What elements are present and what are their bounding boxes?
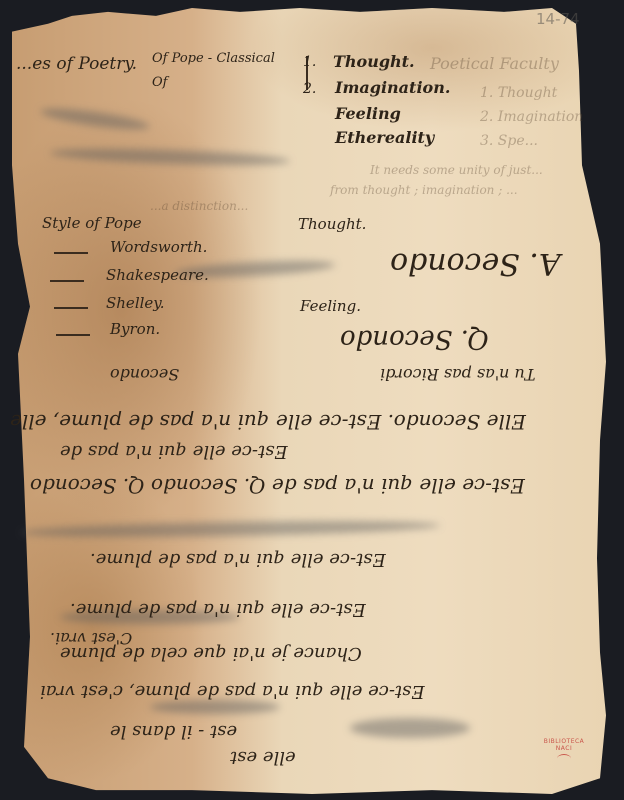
- ink-smear: [150, 700, 280, 714]
- list-num-2: 2.: [303, 82, 316, 96]
- bleed-title: Poetical Faculty: [430, 56, 559, 72]
- feeling-label: Feeling.: [300, 299, 361, 314]
- list-dash: [56, 334, 90, 336]
- list-dash: [50, 280, 84, 282]
- bleed-line-3: ...a distinction...: [150, 200, 248, 212]
- inverted-line: est - il dans le: [110, 722, 237, 740]
- stamp-arc-icon: [557, 754, 571, 763]
- list-item-thought: Thought.: [333, 54, 415, 70]
- inverted-line: elle est: [230, 748, 296, 766]
- heading-left: ...es of Poetry.: [16, 56, 137, 73]
- style-item-shakespeare: Shakespeare.: [106, 268, 209, 283]
- inverted-line: Secondo: [110, 366, 179, 382]
- inverted-line: Est-ce elle qui n'a pas de plume, c'est …: [40, 682, 425, 700]
- stamp-text: BIBLIOTECA NACI: [541, 738, 587, 752]
- list-dash: [54, 252, 88, 254]
- inverted-line: Elle Secondo. Est-ce elle qui n'a pas de…: [10, 412, 526, 432]
- inverted-line: Est-ce elle qui n'a pas de plume.: [90, 550, 386, 568]
- heading-mid-2: Of: [152, 76, 167, 89]
- bleed-line-1: It needs some unity of just...: [370, 164, 543, 176]
- bleed-item-3: 3. Spe...: [480, 134, 538, 148]
- inverted-line: A. Secondo: [390, 248, 561, 278]
- list-item-feeling: Feeling: [335, 106, 401, 122]
- inverted-line: Est-ce elle qui n'a pas de plume.: [70, 600, 366, 618]
- heading-mid-1: Of Pope - Classical: [152, 52, 275, 65]
- inverted-line: Q. Secondo: [340, 326, 489, 352]
- inverted-line: Est-ce elle qui n'a pas de: [60, 442, 288, 460]
- inverted-line: Est-ce elle qui n'a pas de Q. Secondo Q.…: [30, 476, 525, 496]
- style-item-wordsworth: Wordsworth.: [110, 240, 207, 255]
- list-item-imagination: Imagination.: [335, 80, 450, 96]
- style-item-shelley: Shelley.: [106, 296, 165, 311]
- list-dash: [54, 307, 88, 309]
- style-item-byron: Byron.: [110, 322, 160, 337]
- list-num-1: 1.: [303, 55, 316, 69]
- ink-smear: [350, 718, 470, 738]
- list-item-ethereality: Ethereality: [335, 130, 434, 146]
- style-heading: Style of Pope: [42, 216, 142, 231]
- inverted-line: Tu n'as pas Ricordi: [380, 366, 535, 382]
- library-stamp: BIBLIOTECA NACI: [541, 738, 587, 762]
- thought-label: Thought.: [298, 217, 366, 232]
- bleed-item-1: 1. Thought: [480, 86, 557, 100]
- inverted-line: Chance je n'ai que cela de plume: [60, 644, 362, 662]
- bleed-item-2: 2. Imagination: [480, 110, 583, 124]
- reference-number: 14-74: [536, 12, 580, 27]
- bleed-line-2: from thought ; imagination ; ...: [330, 184, 518, 196]
